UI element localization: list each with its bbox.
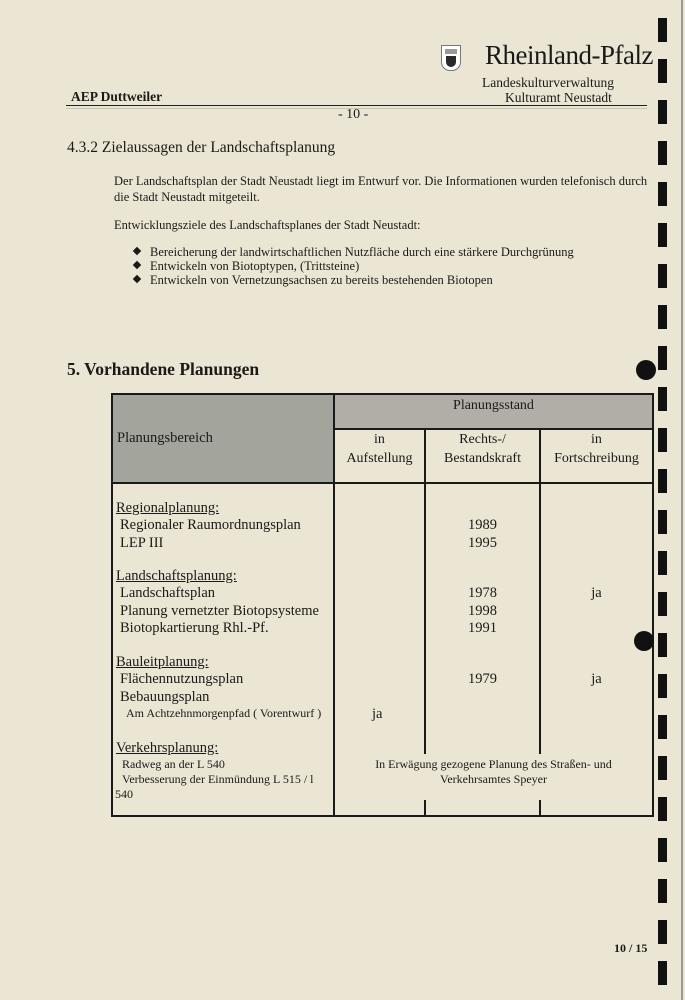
binder-slot-icon: [658, 264, 667, 288]
column-header-area: Planungsbereich: [117, 430, 213, 447]
column-header-fortschreibung: in Fortschreibung: [541, 430, 652, 468]
group-title: Verkehrsplanung:: [116, 740, 218, 757]
binder-slot-icon: [658, 305, 667, 329]
binder-slot-icon: [658, 920, 667, 944]
column-group-header: Planungsstand: [335, 396, 652, 415]
coat-of-arms-icon: [441, 45, 461, 71]
binder-slot-icon: [658, 797, 667, 821]
binder-slot-icon: [658, 838, 667, 862]
binder-slot-icon: [658, 182, 667, 206]
row-bestandskraft: 1995: [426, 535, 539, 552]
table-divider: [424, 800, 426, 816]
row-bestandskraft: 1979: [426, 671, 539, 688]
list-item: Entwickeln von Biotoptypen, (Trittsteine…: [132, 259, 574, 273]
binder-slot-icon: [658, 551, 667, 575]
column-header-aufstellung: in Aufstellung: [335, 430, 424, 468]
row-name: Landschaftsplan: [120, 585, 215, 602]
list-item: Bereicherung der landwirtschaftlichen Nu…: [132, 245, 574, 259]
binder-slot-icon: [658, 469, 667, 493]
punch-hole-icon: [636, 360, 656, 380]
row-fortschreibung: ja: [541, 671, 652, 688]
page-count: 10 / 15: [614, 941, 647, 956]
binder-slot-icon: [658, 100, 667, 124]
row-name: Am Achtzehnmorgenpfad ( Vorentwurf ): [126, 706, 321, 721]
binder-slot-icon: [658, 715, 667, 739]
column-header-bestandskraft: Rechts-/ Bestandskraft: [426, 430, 539, 468]
row-bestandskraft: 1991: [426, 620, 539, 637]
row-name: Regionaler Raumordnungsplan: [120, 517, 301, 534]
row-aufstellung: ja: [372, 706, 382, 723]
binder-slot-icon: [658, 879, 667, 903]
agency-office: Kulturamt Neustadt: [505, 90, 612, 106]
row-name: Verbesserung der Einmündung L 515 / l 54…: [115, 772, 330, 802]
diamond-bullet-icon: [133, 247, 141, 255]
row-bestandskraft: 1989: [426, 517, 539, 534]
row-name: LEP III: [120, 535, 163, 552]
binder-slot-icon: [658, 633, 667, 657]
list-item: Entwickeln von Vernetzungsachsen zu bere…: [132, 273, 574, 287]
binder-slot-icon: [658, 592, 667, 616]
binder-slot-icon: [658, 510, 667, 534]
punch-hole-icon: [634, 631, 654, 651]
row-bestandskraft: 1998: [426, 603, 539, 620]
header-rule: [66, 105, 647, 106]
section-heading-5: 5. Vorhandene Planungen: [67, 359, 259, 380]
binder-slot-icon: [658, 674, 667, 698]
binder-slot-icon: [658, 387, 667, 411]
section-heading-4-3-2: 4.3.2 Zielaussagen der Landschaftsplanun…: [67, 139, 335, 157]
binder-slot-icon: [658, 961, 667, 985]
row-fortschreibung: ja: [541, 585, 652, 602]
row-bestandskraft: 1978: [426, 585, 539, 602]
project-title: AEP Duttweiler: [71, 89, 162, 105]
row-name: Radweg an der L 540: [122, 757, 225, 772]
binder-slot-icon: [658, 223, 667, 247]
table-divider: [113, 482, 652, 484]
goals-intro: Entwicklungsziele des Landschaftsplanes …: [114, 218, 421, 233]
agency-name: Landeskulturverwaltung: [482, 75, 614, 91]
binder-slot-icon: [658, 756, 667, 780]
page-edge: [681, 0, 683, 1000]
row-name: Planung vernetzter Biotopsysteme: [120, 603, 319, 620]
planning-note: In Erwägung gezogene Planung des Straßen…: [335, 757, 652, 787]
group-title: Bauleitplanung:: [116, 654, 209, 671]
binder-slot-icon: [658, 428, 667, 452]
row-name: Flächennutzungsplan: [120, 671, 243, 688]
table-divider: [539, 800, 541, 816]
row-name: Bebauungsplan: [120, 689, 209, 706]
binder-slot-icon: [658, 18, 667, 42]
binder-slot-icon: [658, 141, 667, 165]
brand-logo-text: Rheinland-Pfalz: [485, 40, 653, 71]
group-title: Landschaftsplanung:: [116, 568, 237, 585]
diamond-bullet-icon: [133, 261, 141, 269]
binder-slot-icon: [658, 59, 667, 83]
group-title: Regionalplanung:: [116, 500, 219, 517]
section-paragraph: Der Landschaftsplan der Stadt Neustadt l…: [114, 173, 654, 205]
binder-slot-icon: [658, 346, 667, 370]
diamond-bullet-icon: [133, 275, 141, 283]
goals-list: Bereicherung der landwirtschaftlichen Nu…: [132, 245, 574, 287]
row-name: Biotopkartierung Rhl.-Pf.: [120, 620, 269, 637]
page-marker: - 10 -: [338, 107, 368, 123]
